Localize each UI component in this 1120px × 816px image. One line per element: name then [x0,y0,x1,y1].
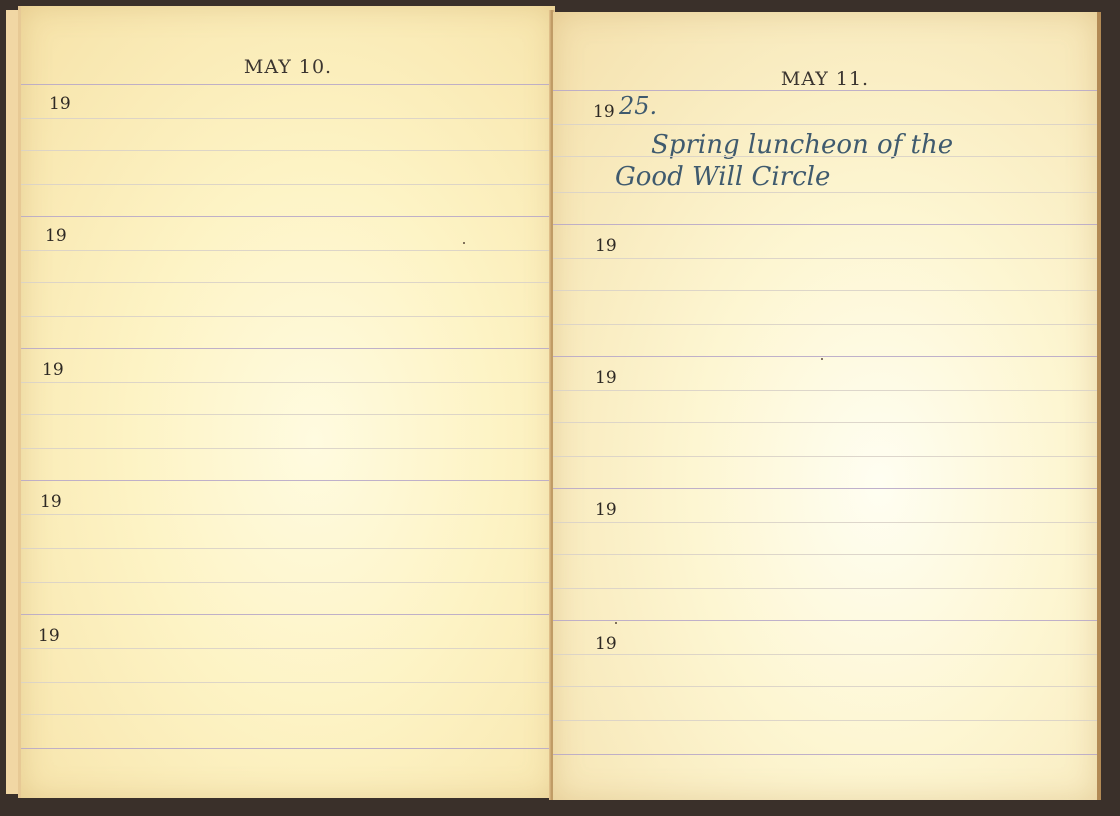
ruled-line [553,588,1097,589]
ruled-line [553,554,1097,555]
year-label: 19 [595,236,617,256]
page-date-header: MAY 11. [553,68,1097,90]
ruled-line [553,324,1097,325]
ruled-line [21,282,555,283]
diary-page-may-10: MAY 10. 19 19 19 19 19 [18,6,555,798]
section-divider [553,488,1097,489]
year-label: 19 [42,360,64,380]
ruled-line [553,422,1097,423]
ruled-line [21,414,555,415]
ruled-line [553,192,1097,193]
year-label: 19 [38,626,60,646]
section-divider [21,216,555,217]
year-label: 19 [595,500,617,520]
section-divider [553,620,1097,621]
ruled-line [553,686,1097,687]
section-divider [553,754,1097,755]
diary-page-may-11: MAY 11. 19 25. Spring luncheon of the Go… [553,12,1101,800]
ruled-line [21,150,555,151]
ruled-line [21,548,555,549]
section-divider [21,480,555,481]
paper-speck [463,242,465,244]
ruled-line [553,290,1097,291]
section-divider [21,348,555,349]
ruled-line [553,456,1097,457]
ruled-line [21,582,555,583]
year-label: 19 [40,492,62,512]
ruled-line [21,382,555,383]
paper-speck [615,622,617,624]
ruled-line [21,648,555,649]
section-divider [553,90,1097,91]
ruled-line [553,654,1097,655]
ruled-line [21,682,555,683]
section-divider [553,356,1097,357]
section-divider [21,614,555,615]
year-label: 19 [593,102,615,122]
year-label: 19 [595,368,617,388]
ruled-line [21,250,555,251]
ruled-line [21,714,555,715]
ruled-line [21,514,555,515]
year-label: 19 [49,94,71,114]
ruled-line [553,390,1097,391]
ruled-line [553,156,1097,157]
ruled-line [21,184,555,185]
year-label: 19 [45,226,67,246]
paper-speck [821,358,823,360]
section-divider [21,748,555,749]
ruled-line [21,118,555,119]
ruled-line [553,258,1097,259]
ruled-line [553,522,1097,523]
ruled-line [21,316,555,317]
ruled-line [553,124,1097,125]
handwritten-year-suffix: 25. [619,92,657,120]
ruled-line [21,448,555,449]
year-label: 19 [595,634,617,654]
page-date-header: MAY 10. [21,56,555,78]
section-divider [553,224,1097,225]
section-divider [21,84,555,85]
ruled-line [553,720,1097,721]
handwritten-entry-line-2: Good Will Circle [615,162,830,192]
